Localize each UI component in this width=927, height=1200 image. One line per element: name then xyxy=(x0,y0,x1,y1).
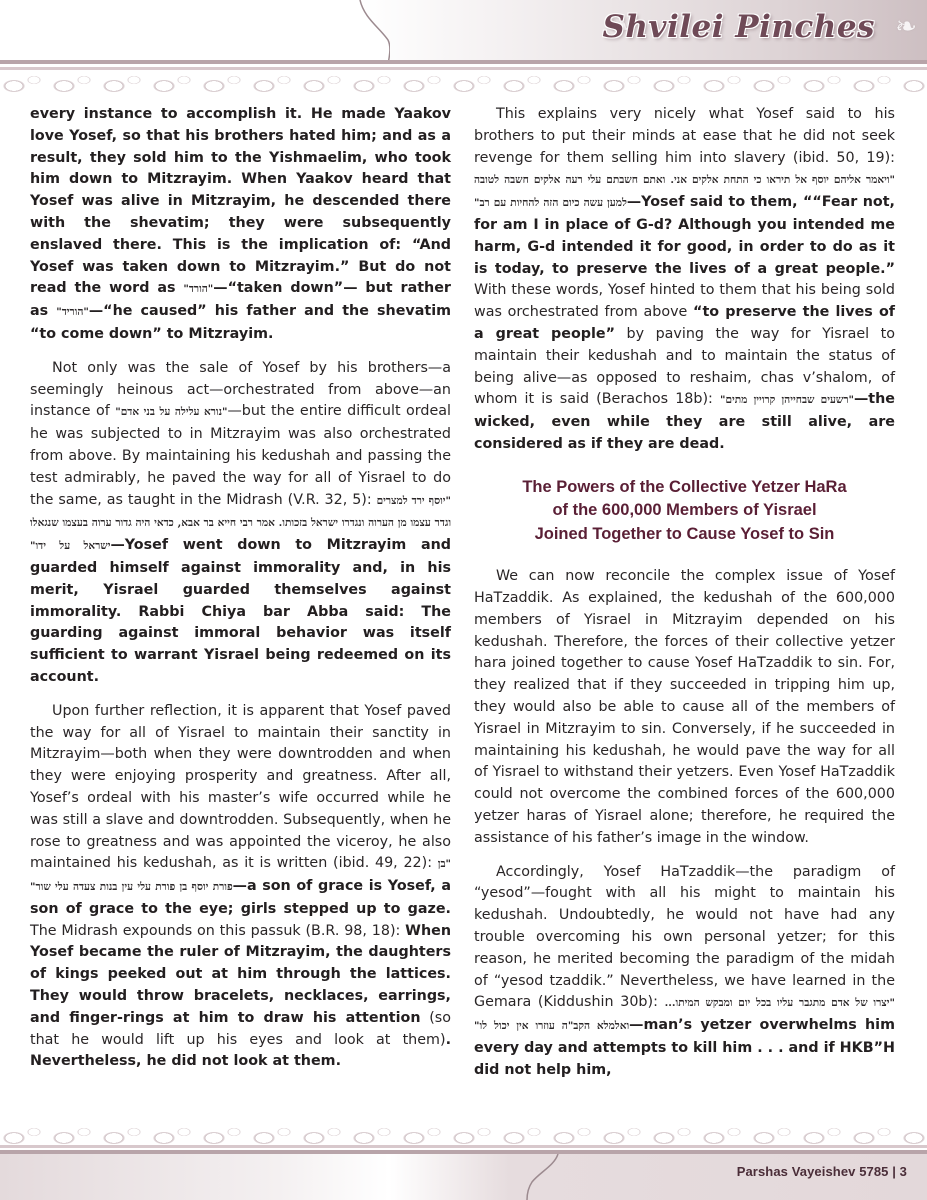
paragraph: Upon further reflection, it is apparent … xyxy=(30,701,451,1074)
bold-text: —“he caused” his father and the shevatim… xyxy=(30,303,451,342)
bold-text: every instance to accomplish it. He made… xyxy=(30,106,451,296)
hebrew-quote: "רשעים שבחייהן קרויין מתים" xyxy=(720,394,854,406)
header-tab-curve xyxy=(330,0,390,64)
footer-tab-curve xyxy=(510,1154,560,1200)
right-column: This explains very nicely what Yosef sai… xyxy=(474,104,895,1094)
section-heading-line: Joined Together to Cause Yosef to Sin xyxy=(474,523,895,547)
body-text: The Midrash expounds on this passuk (B.R… xyxy=(30,923,405,939)
section-heading-line: of the 600,000 Members of Yisrael xyxy=(474,499,895,523)
page-header: ❧ Shvilei Pinches ❧ xyxy=(0,0,927,100)
paragraph: Not only was the sale of Yosef by his br… xyxy=(30,358,451,689)
section-heading-line: The Powers of the Collective Yetzer HaRa xyxy=(474,476,895,500)
header-rule xyxy=(0,60,927,64)
hebrew-quote: "נורא עלילה על בני אדם" xyxy=(115,406,227,418)
page-footer: Parshas Vayeishev 5785 | 3 xyxy=(0,1145,927,1200)
footer-page-label: Parshas Vayeishev 5785 | 3 xyxy=(737,1164,907,1179)
footer-rule-thin xyxy=(0,1145,927,1148)
left-column: every instance to accomplish it. He made… xyxy=(30,104,451,1085)
paragraph: Accordingly, Yosef HaTzaddik—the paradig… xyxy=(474,862,895,1082)
section-heading: The Powers of the Collective Yetzer HaRa… xyxy=(474,476,895,547)
paragraph: We can now reconcile the complex issue o… xyxy=(474,566,895,849)
hebrew-quote: "הורד" xyxy=(183,283,213,295)
footer-ornament-band xyxy=(0,1123,927,1145)
publication-title: Shvilei Pinches xyxy=(603,9,876,45)
body-text: Accordingly, Yosef HaTzaddik—the paradig… xyxy=(474,864,895,1011)
paragraph: every instance to accomplish it. He made… xyxy=(30,104,451,346)
body-text: Upon further reflection, it is apparent … xyxy=(30,703,451,872)
body-text: We can now reconcile the complex issue o… xyxy=(474,568,895,846)
hebrew-quote: "הוריד" xyxy=(56,306,89,318)
swirl-ornament-icon: ❧ xyxy=(895,12,917,42)
bold-text: —Yosef went down to Mitzrayim and guarde… xyxy=(30,537,451,685)
header-rule-thin xyxy=(0,67,927,70)
header-ornament-band xyxy=(0,71,927,93)
body-text: This explains very nicely what Yosef sai… xyxy=(474,106,895,166)
paragraph: This explains very nicely what Yosef sai… xyxy=(474,104,895,456)
